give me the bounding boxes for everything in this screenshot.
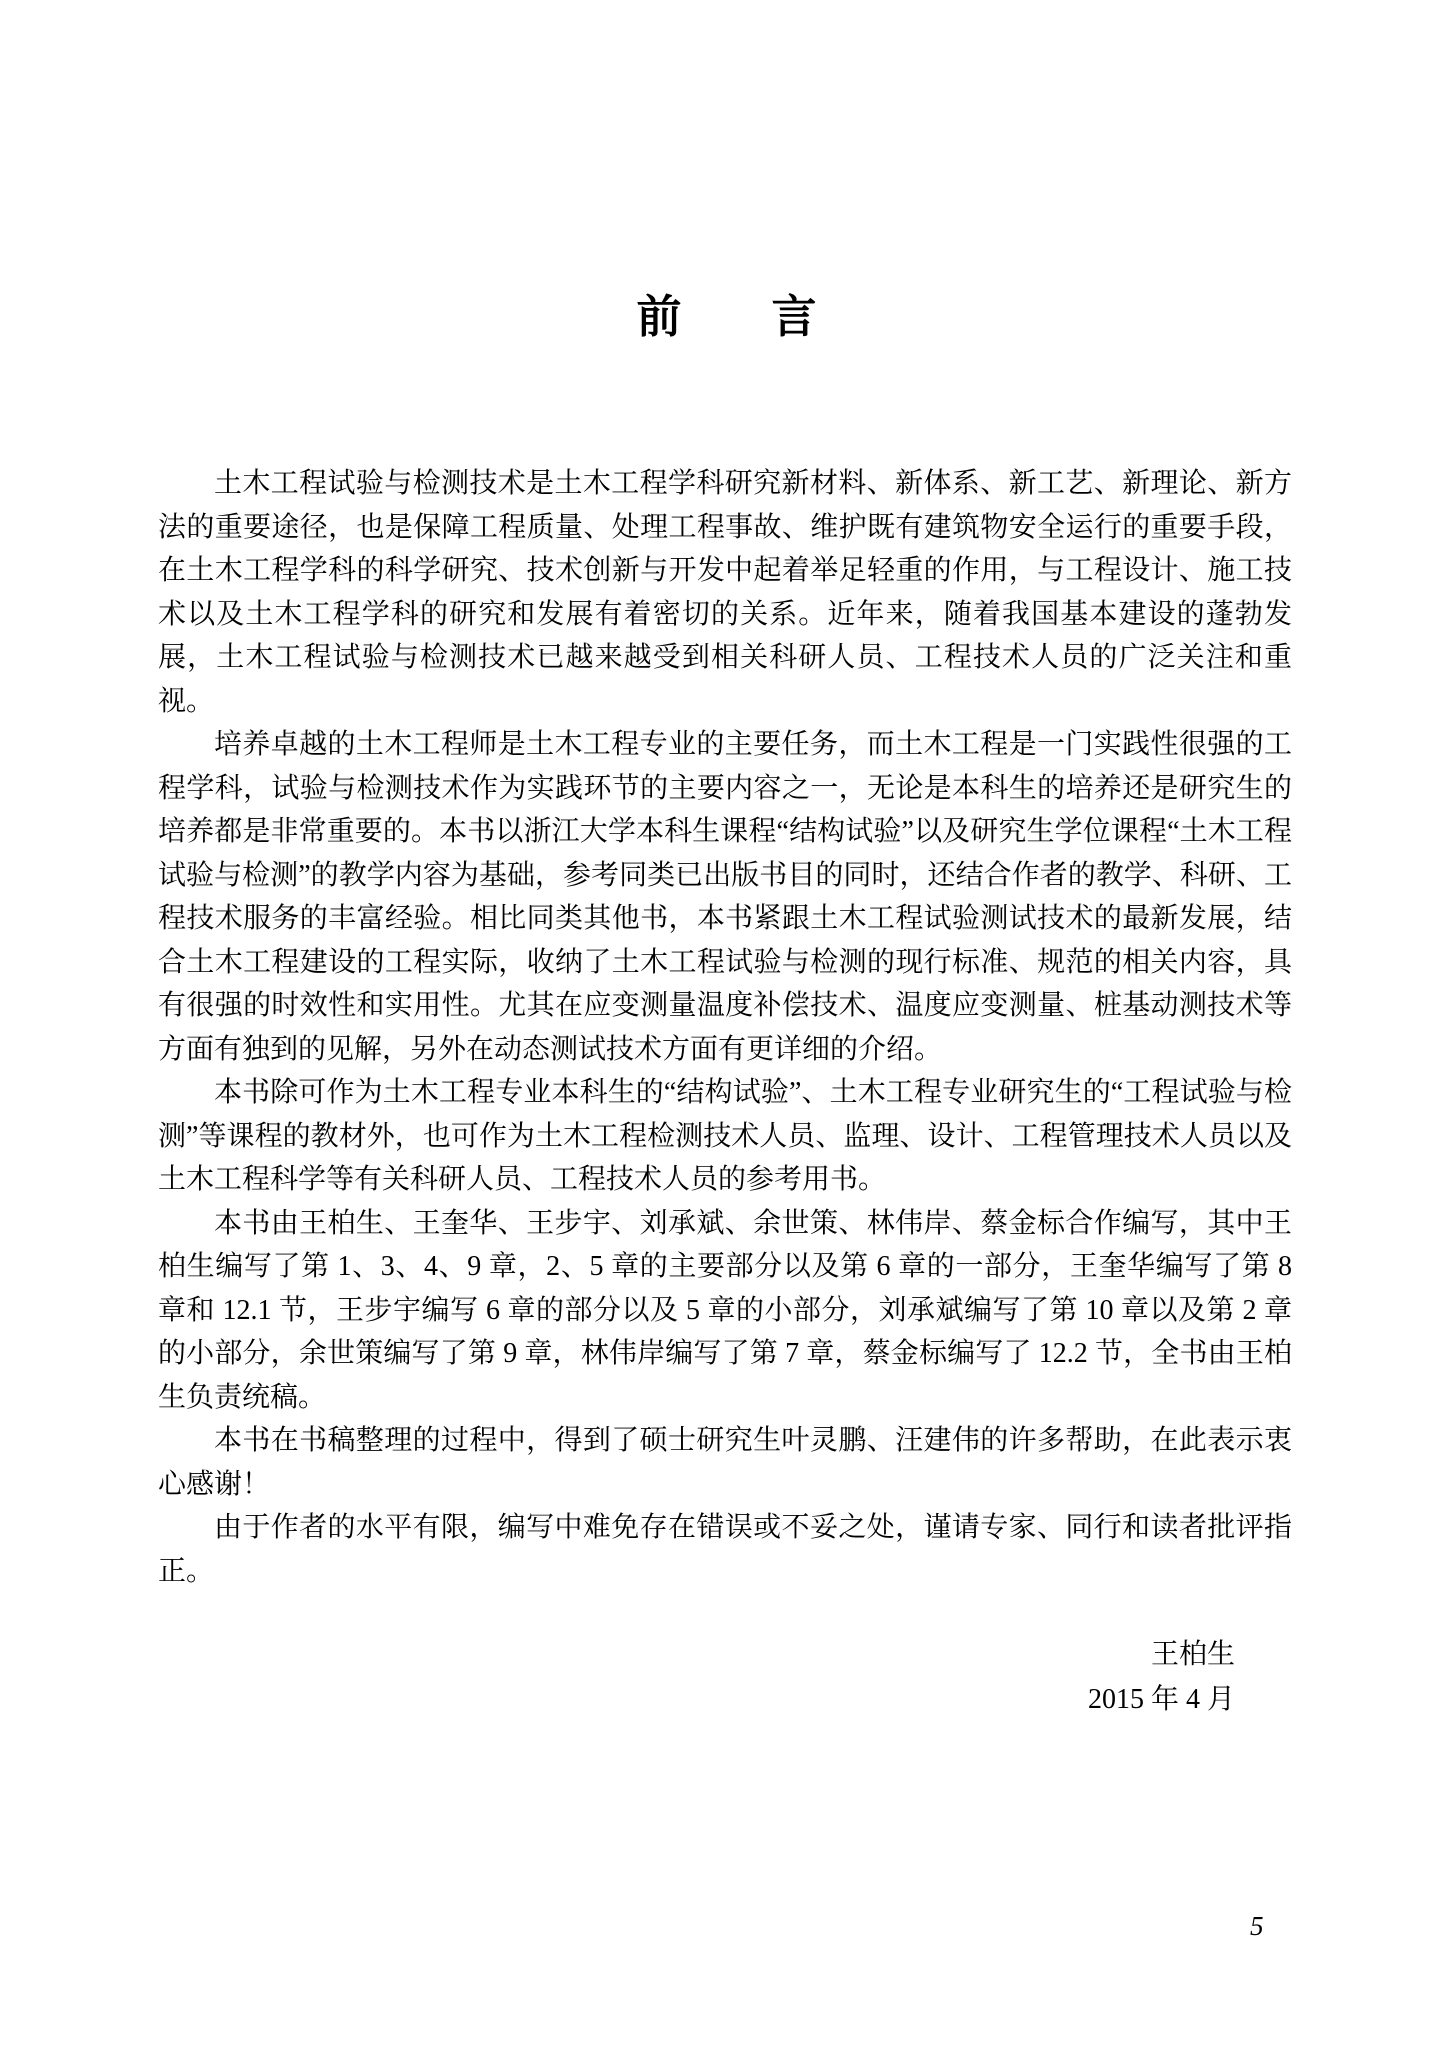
preface-paragraph-2: 培养卓越的土木工程师是土木工程专业的主要任务，而土木工程是一门实践性很强的工程学… [158,723,1292,1071]
signature-author: 王柏生 [158,1632,1235,1677]
preface-paragraph-3: 本书除可作为土木工程专业本科生的“结构试验”、土木工程专业研究生的“工程试验与检… [158,1071,1292,1202]
preface-paragraph-6: 由于作者的水平有限，编写中难免存在错误或不妥之处，谨请专家、同行和读者批评指正。 [158,1506,1292,1593]
preface-page: 前 言 土木工程试验与检测技术是土木工程学科研究新材料、新体系、新工艺、新理论、… [0,0,1453,2045]
page-title: 前 言 [0,288,1453,346]
signature-date: 2015 年 4 月 [158,1677,1235,1722]
preface-body: 土木工程试验与检测技术是土木工程学科研究新材料、新体系、新工艺、新理论、新方法的… [158,462,1292,1593]
signature-block: 王柏生 2015 年 4 月 [158,1632,1292,1722]
preface-paragraph-1: 土木工程试验与检测技术是土木工程学科研究新材料、新体系、新工艺、新理论、新方法的… [158,462,1292,723]
preface-paragraph-4: 本书由王柏生、王奎华、王步宇、刘承斌、余世策、林伟岸、蔡金标合作编写，其中王柏生… [158,1202,1292,1420]
page-number: 5 [1250,1910,1264,1942]
preface-paragraph-5: 本书在书稿整理的过程中，得到了硕士研究生叶灵鹏、汪建伟的许多帮助，在此表示衷心感… [158,1419,1292,1506]
